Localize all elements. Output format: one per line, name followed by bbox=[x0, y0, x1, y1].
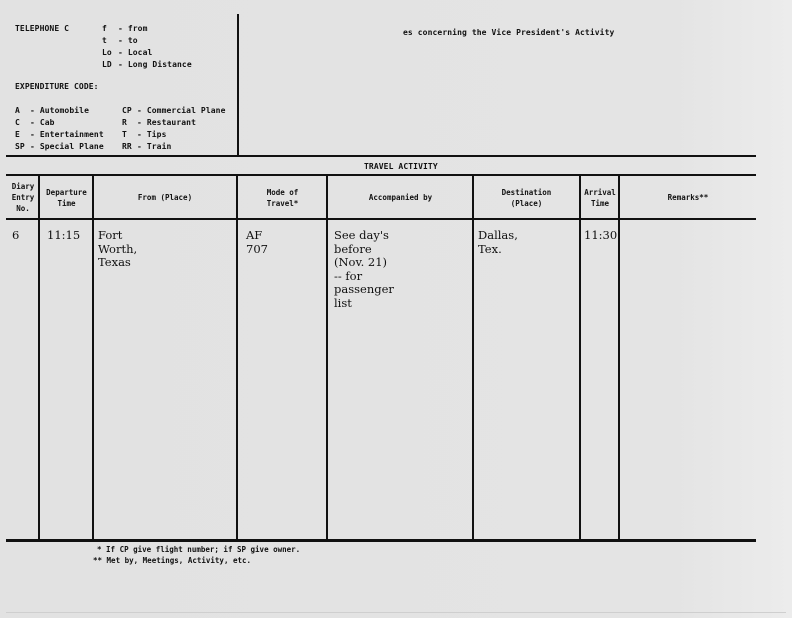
cell-entry-no: 6 bbox=[12, 229, 19, 243]
expenditure-meaning: - Cab bbox=[30, 118, 55, 127]
column-divider bbox=[38, 175, 40, 539]
column-header-line: (Place) bbox=[473, 198, 580, 209]
column-header: Remarks** bbox=[620, 192, 756, 203]
column-header-line: Remarks** bbox=[620, 192, 756, 203]
column-header: ArrivalTime bbox=[580, 187, 620, 209]
column-divider bbox=[472, 175, 474, 541]
footnote-2: ** Met by, Meetings, Activity, etc. bbox=[93, 556, 251, 565]
column-header-line: Accompanied by bbox=[328, 192, 473, 203]
expenditure-meaning: - Entertainment bbox=[30, 130, 104, 139]
cell-accompanied-by: See day's before(Nov. 21) -- forpassenge… bbox=[334, 229, 394, 310]
expenditure-code: A bbox=[15, 106, 20, 115]
accompanied-line: (Nov. 21) -- for bbox=[334, 256, 394, 283]
table-bottom-rule bbox=[6, 539, 756, 542]
expenditure-code: RR bbox=[122, 142, 132, 151]
expenditure-meaning: - Restaurant bbox=[137, 118, 196, 127]
column-header-line: Departure bbox=[40, 187, 93, 198]
column-header-line: Destination bbox=[473, 187, 580, 198]
telephone-code: t bbox=[102, 36, 107, 45]
cell-destination: Dallas, Tex. bbox=[478, 229, 518, 256]
column-header-line: From (Place) bbox=[93, 192, 237, 203]
column-header: Accompanied by bbox=[328, 192, 473, 203]
legend-divider bbox=[237, 14, 239, 156]
expenditure-code: C bbox=[15, 118, 20, 127]
accompanied-line: See day's before bbox=[334, 229, 394, 256]
column-divider bbox=[326, 175, 328, 539]
column-header-line: Entry bbox=[6, 192, 40, 203]
expenditure-label: EXPENDITURE CODE: bbox=[15, 82, 99, 91]
table-top-rule bbox=[6, 174, 756, 176]
column-header: Destination(Place) bbox=[473, 187, 580, 209]
column-header-line: No. bbox=[6, 203, 40, 214]
column-header-line: Travel* bbox=[237, 198, 328, 209]
column-header: Mode ofTravel* bbox=[237, 187, 328, 209]
cell-departure-time: 11:15 bbox=[47, 229, 80, 243]
telephone-code: LD bbox=[102, 60, 112, 69]
column-header-line: Time bbox=[40, 198, 93, 209]
column-header-line: Mode of bbox=[237, 187, 328, 198]
column-header: From (Place) bbox=[93, 192, 237, 203]
footnote-1: * If CP give flight number; if SP give o… bbox=[97, 545, 300, 554]
header-title: es concerning the Vice President's Activ… bbox=[403, 28, 614, 37]
telephone-label: TELEPHONE C bbox=[15, 24, 69, 33]
column-header: DepartureTime bbox=[40, 187, 93, 209]
telephone-code: Lo bbox=[102, 48, 112, 57]
expenditure-meaning: - Special Plane bbox=[30, 142, 104, 151]
column-header: DiaryEntryNo. bbox=[6, 181, 40, 214]
column-divider bbox=[579, 175, 581, 541]
expenditure-code: T bbox=[122, 130, 127, 139]
column-divider bbox=[236, 175, 238, 539]
column-divider bbox=[92, 175, 94, 539]
expenditure-meaning: - Train bbox=[137, 142, 171, 151]
cell-mode: AF 707 bbox=[246, 229, 268, 256]
expenditure-code: CP bbox=[122, 106, 132, 115]
column-header-line: Arrival bbox=[580, 187, 620, 198]
cell-arrival-time: 11:30 bbox=[584, 229, 617, 243]
expenditure-code: R bbox=[122, 118, 127, 127]
expenditure-code: SP bbox=[15, 142, 25, 151]
header-bottom-rule bbox=[6, 218, 756, 220]
expenditure-meaning: - Tips bbox=[137, 130, 167, 139]
telephone-meaning: - to bbox=[118, 36, 138, 45]
column-divider bbox=[618, 175, 620, 541]
telephone-meaning: - Long Distance bbox=[118, 60, 192, 69]
top-rule bbox=[6, 155, 756, 157]
cell-from: Fort Worth, Texas bbox=[98, 229, 137, 270]
diary-page: TELEPHONE C f- fromt- toLo- LocalLD- Lon… bbox=[0, 0, 792, 618]
telephone-meaning: - from bbox=[118, 24, 148, 33]
expenditure-meaning: - Commercial Plane bbox=[137, 106, 226, 115]
column-header-line: Time bbox=[580, 198, 620, 209]
expenditure-code: E bbox=[15, 130, 20, 139]
page-bottom-edge bbox=[6, 612, 786, 613]
expenditure-meaning: - Automobile bbox=[30, 106, 89, 115]
column-header-line: Diary bbox=[6, 181, 40, 192]
accompanied-line: passenger list bbox=[334, 283, 394, 310]
section-title: TRAVEL ACTIVITY bbox=[364, 162, 438, 171]
telephone-meaning: - Local bbox=[118, 48, 152, 57]
telephone-code: f bbox=[102, 24, 107, 33]
